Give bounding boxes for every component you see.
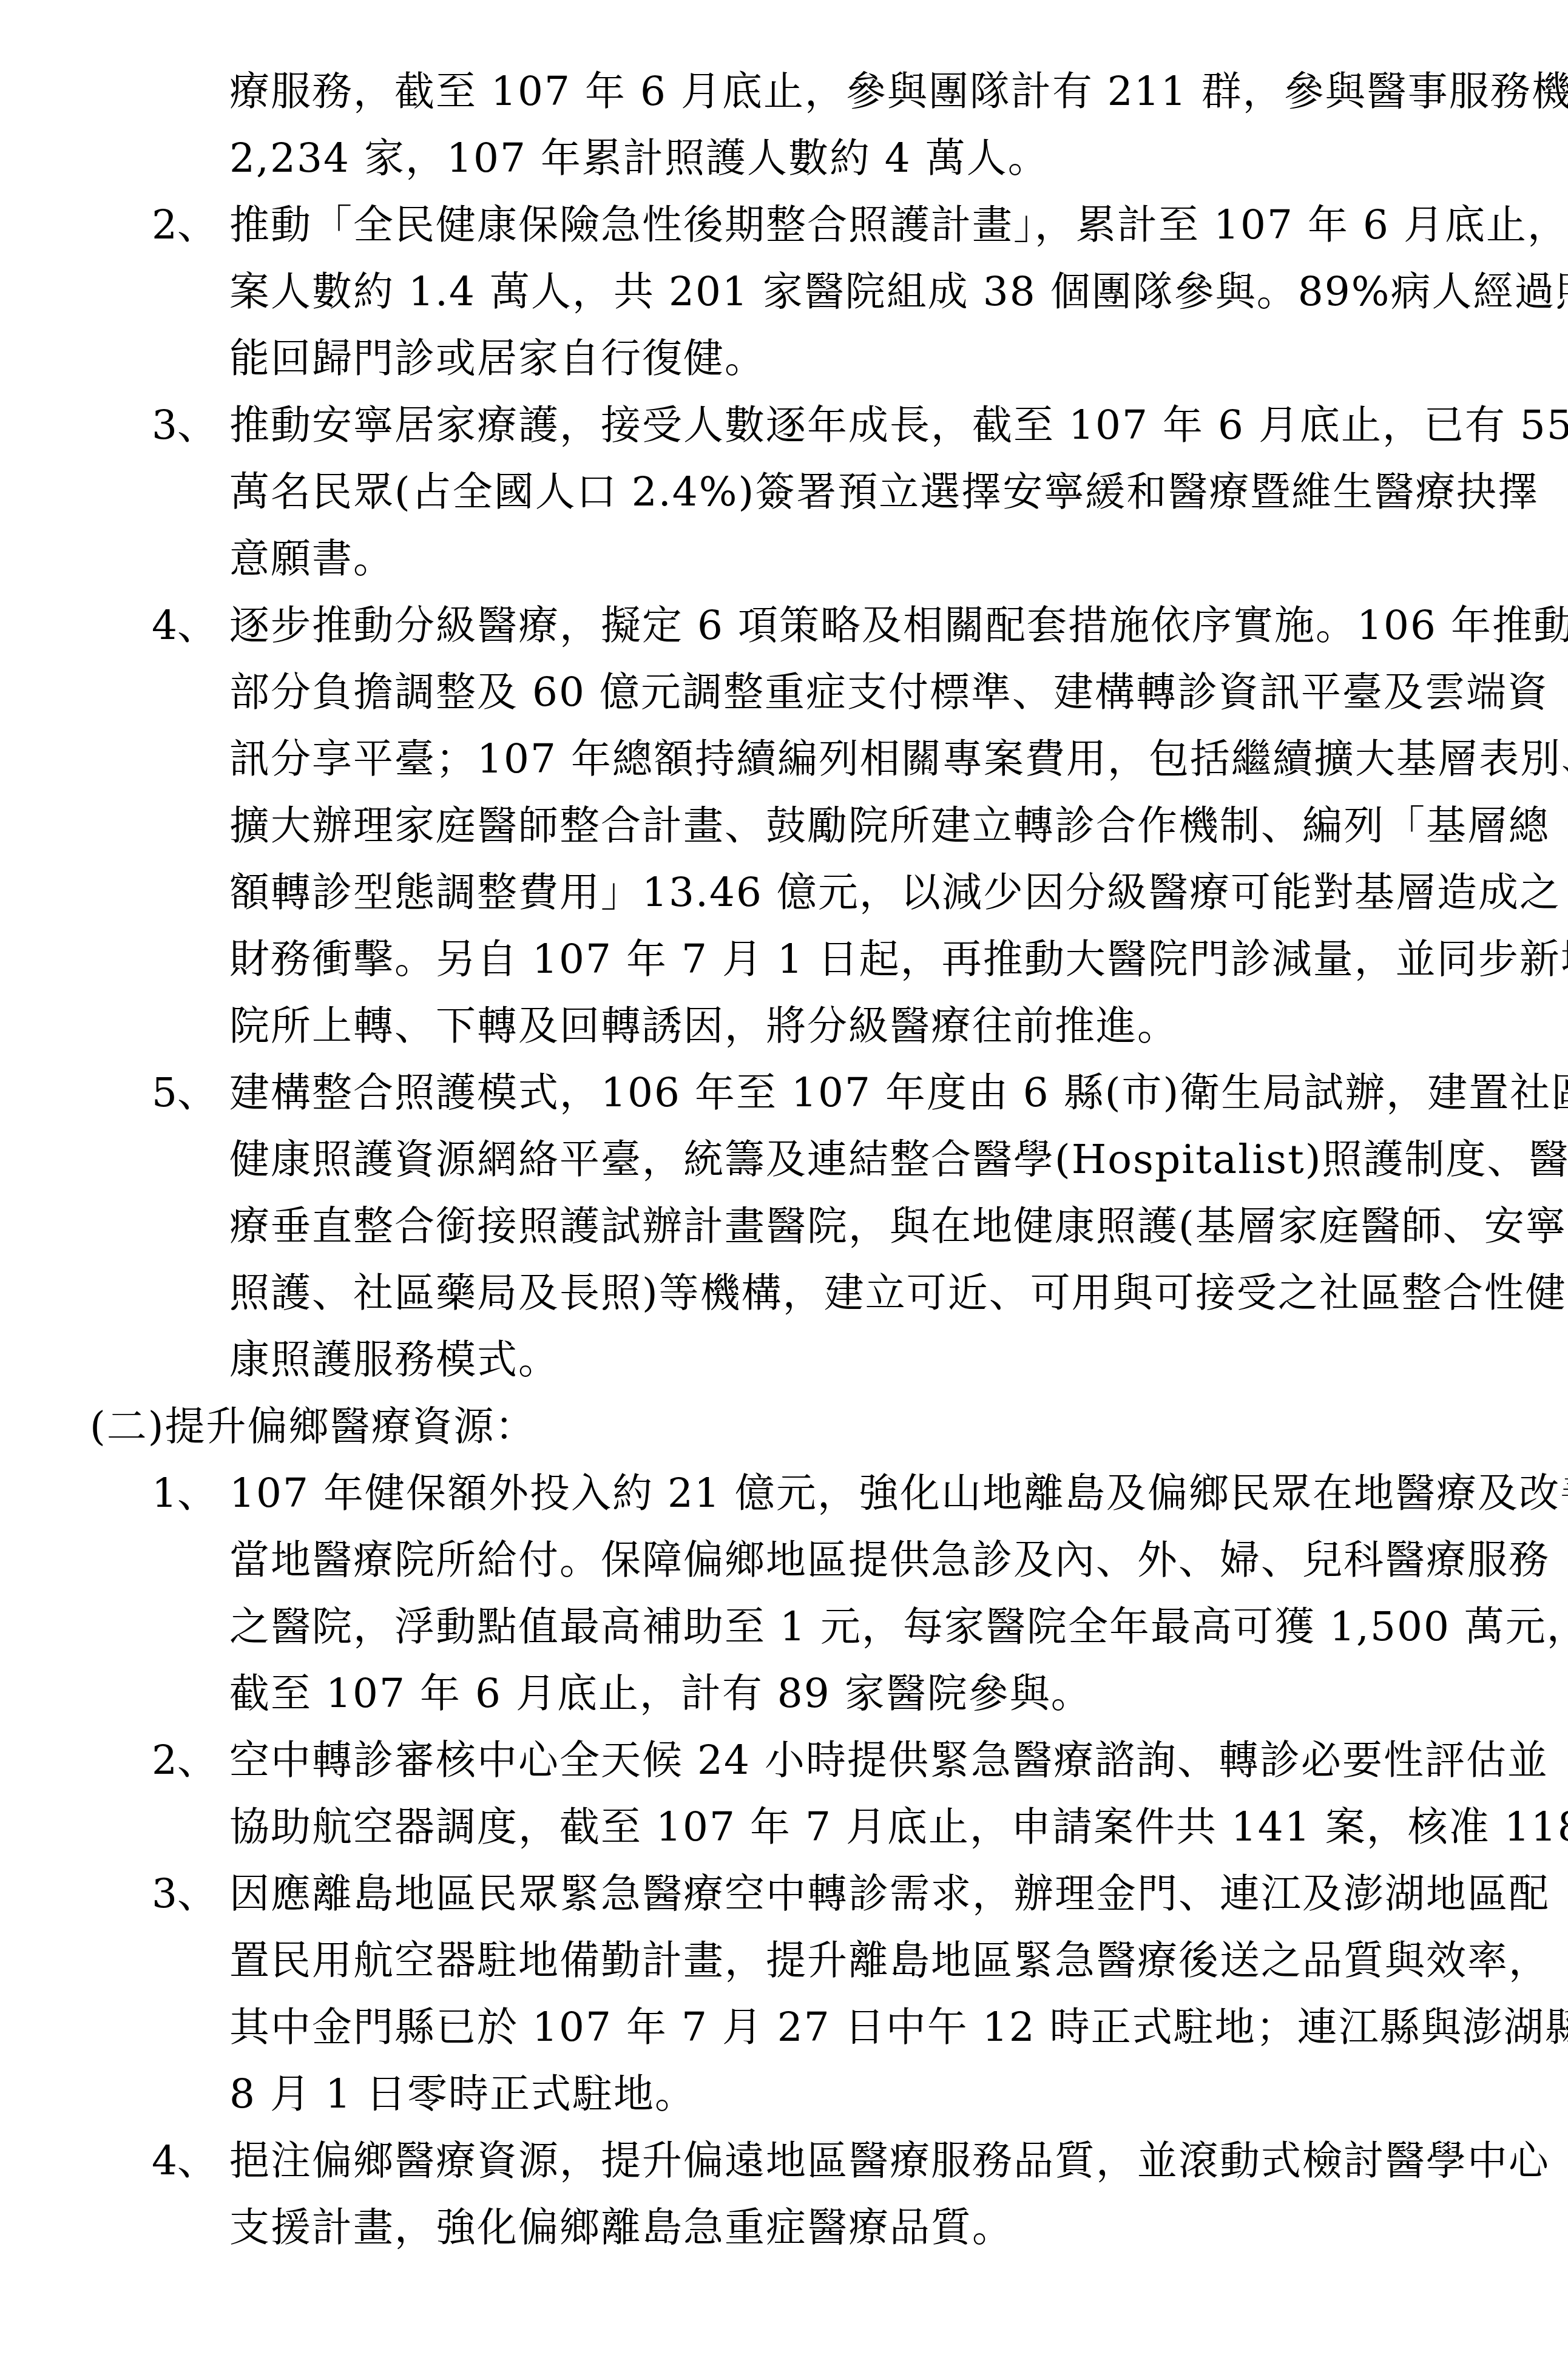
list-item-line: 2、空中轉診審核中心全天候 24 小時提供緊急醫療諮詢、轉診必要性評估並 xyxy=(0,1727,1507,1794)
document-page: 療服務，截至 107 年 6 月底止，參與團隊計有 211 群，參與醫事服務機構… xyxy=(0,0,1568,2261)
text-line: 當地醫療院所給付。保障偏鄉地區提供急診及內、外、婦、兒科醫療服務 xyxy=(0,1527,1507,1594)
text-line: 療服務，截至 107 年 6 月底止，參與團隊計有 211 群，參與醫事服務機構 xyxy=(0,58,1507,125)
item-text: 推動「全民健康保險急性後期整合照護計畫」，累計至 107 年 6 月底止，收 xyxy=(229,201,1568,248)
text-line: 額轉診型態調整費用」13.46 億元，以減少因分級醫療可能對基層造成之 xyxy=(0,859,1507,926)
text-line: 案人數約 1.4 萬人，共 201 家醫院組成 38 個團隊參與。89%病人經過… xyxy=(0,259,1507,325)
text-line: 截至 107 年 6 月底止，計有 89 家醫院參與。 xyxy=(0,1660,1507,1727)
item-text: 推動安寧居家療護，接受人數逐年成長，截至 107 年 6 月底止，已有 55.2 xyxy=(229,402,1568,448)
text-line: 萬名民眾(占全國人口 2.4%)簽署預立選擇安寧緩和醫療暨維生醫療抉擇 xyxy=(0,459,1507,526)
text-line: 支援計畫，強化偏鄉離島急重症醫療品質。 xyxy=(0,2194,1507,2261)
text-line: 2,234 家，107 年累計照護人數約 4 萬人。 xyxy=(0,125,1507,192)
text-line: 其中金門縣已於 107 年 7 月 27 日中午 12 時正式駐地；連江縣與澎湖… xyxy=(0,1994,1507,2061)
text-line: 部分負擔調整及 60 億元調整重症支付標準、建構轉診資訊平臺及雲端資 xyxy=(0,659,1507,726)
list-item-line: 1、107 年健保額外投入約 21 億元，強化山地離島及偏鄉民眾在地醫療及改善 xyxy=(0,1460,1507,1527)
text-line: 置民用航空器駐地備勤計畫，提升離島地區緊急醫療後送之品質與效率， xyxy=(0,1927,1507,1994)
text-line: 8 月 1 日零時正式駐地。 xyxy=(0,2061,1507,2128)
text-line: 協助航空器調度，截至 107 年 7 月底止，申請案件共 141 案，核准 11… xyxy=(0,1794,1507,1861)
item-text: 107 年健保額外投入約 21 億元，強化山地離島及偏鄉民眾在地醫療及改善 xyxy=(229,1470,1568,1516)
text-line: 院所上轉、下轉及回轉誘因，將分級醫療往前推進。 xyxy=(0,993,1507,1060)
text-line: 之醫院，浮動點值最高補助至 1 元，每家醫院全年最高可獲 1,500 萬元， xyxy=(0,1594,1507,1660)
list-item-line: 5、建構整合照護模式，106 年至 107 年度由 6 縣(市)衛生局試辦，建置… xyxy=(0,1060,1507,1126)
item-text: 因應離島地區民眾緊急醫療空中轉診需求，辦理金門、連江及澎湖地區配 xyxy=(229,1870,1550,1917)
item-text: 逐步推動分級醫療，擬定 6 項策略及相關配套措施依序實施。106 年推動 xyxy=(229,602,1568,649)
item-marker: 3、 xyxy=(152,392,229,459)
list-item-line: 4、逐步推動分級醫療，擬定 6 項策略及相關配套措施依序實施。106 年推動 xyxy=(0,592,1507,659)
list-item-line: 2、推動「全民健康保險急性後期整合照護計畫」，累計至 107 年 6 月底止，收 xyxy=(0,192,1507,259)
text-line: 能回歸門診或居家自行復健。 xyxy=(0,325,1507,392)
list-item-line: 3、因應離島地區民眾緊急醫療空中轉診需求，辦理金門、連江及澎湖地區配 xyxy=(0,1861,1507,1927)
text-line: 財務衝擊。另自 107 年 7 月 1 日起，再推動大醫院門診減量，並同步新增 xyxy=(0,926,1507,993)
list-item-line: 3、推動安寧居家療護，接受人數逐年成長，截至 107 年 6 月底止，已有 55… xyxy=(0,392,1507,459)
text-line: 意願書。 xyxy=(0,526,1507,592)
item-text: 建構整合照護模式，106 年至 107 年度由 6 縣(市)衛生局試辦，建置社區 xyxy=(229,1069,1568,1116)
text-line: 療垂直整合銜接照護試辦計畫醫院，與在地健康照護(基層家庭醫師、安寧 xyxy=(0,1193,1507,1260)
item-marker: 2、 xyxy=(152,192,229,259)
text-line: 康照護服務模式。 xyxy=(0,1327,1507,1393)
section-heading: (二)提升偏鄉醫療資源： xyxy=(0,1393,1507,1460)
text-line: 照護、社區藥局及長照)等機構，建立可近、可用與可接受之社區整合性健 xyxy=(0,1260,1507,1327)
item-marker: 3、 xyxy=(152,1861,229,1927)
text-line: 健康照護資源網絡平臺，統籌及連結整合醫學(Hospitalist)照護制度、醫 xyxy=(0,1126,1507,1193)
item-text: 挹注偏鄉醫療資源，提升偏遠地區醫療服務品質，並滾動式檢討醫學中心 xyxy=(229,2137,1550,2184)
text-line: 訊分享平臺；107 年總額持續編列相關專案費用，包括繼續擴大基層表別、 xyxy=(0,726,1507,793)
item-marker: 2、 xyxy=(152,1727,229,1794)
text-line: 擴大辦理家庭醫師整合計畫、鼓勵院所建立轉診合作機制、編列「基層總 xyxy=(0,793,1507,859)
item-marker: 1、 xyxy=(152,1460,229,1527)
item-text: 空中轉診審核中心全天候 24 小時提供緊急醫療諮詢、轉診必要性評估並 xyxy=(229,1737,1549,1784)
item-marker: 4、 xyxy=(152,592,229,659)
item-marker: 5、 xyxy=(152,1060,229,1126)
item-marker: 4、 xyxy=(152,2128,229,2194)
list-item-line: 4、挹注偏鄉醫療資源，提升偏遠地區醫療服務品質，並滾動式檢討醫學中心 xyxy=(0,2128,1507,2194)
